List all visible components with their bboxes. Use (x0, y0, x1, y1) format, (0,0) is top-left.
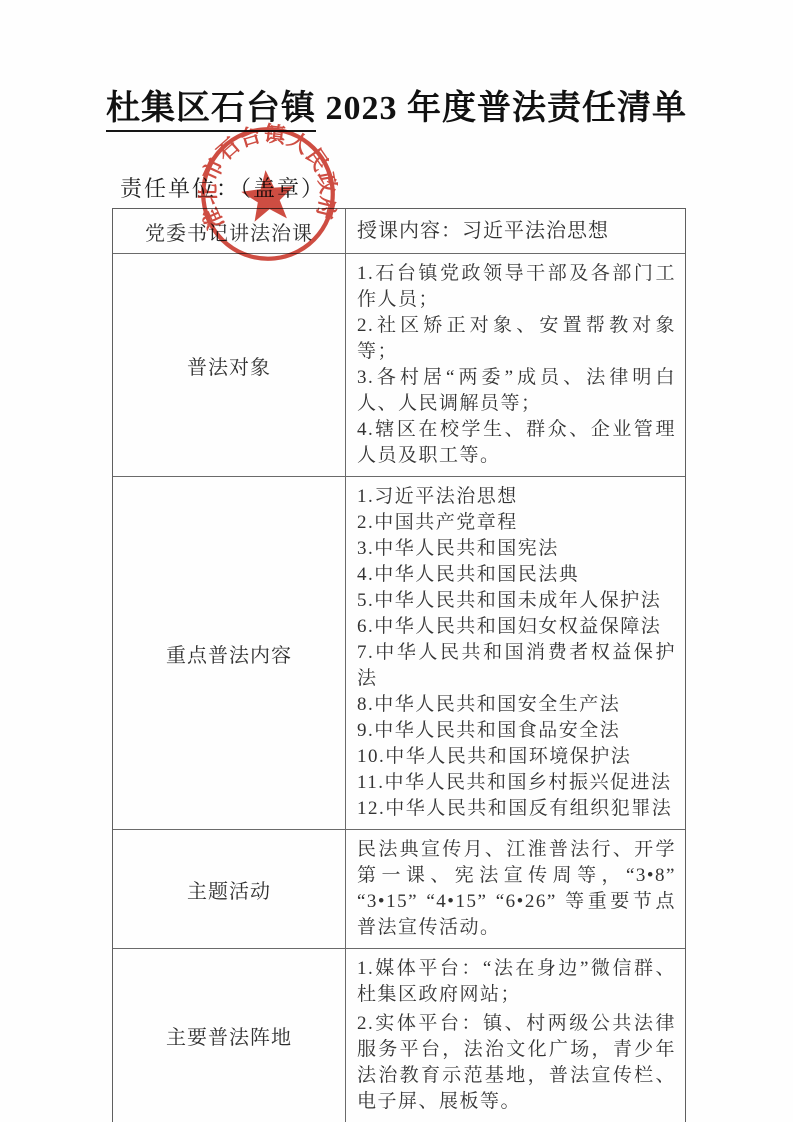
table-body: 党委书记讲法治课授课内容：习近平法治思想普法对象1.石台镇党政领导干部及各部门工… (113, 209, 685, 1122)
row-content: 民法典宣传月、江淮普法行、开学第一课、宪法宣传周等，“3•8” “3•15” “… (346, 830, 685, 948)
content-line: 8.中华人民共和国安全生产法 (357, 692, 676, 718)
table-row: 重点普法内容1.习近平法治思想2.中国共产党章程3.中华人民共和国宪法4.中华人… (113, 476, 685, 829)
content-line: 9.中华人民共和国食品安全法 (357, 718, 676, 744)
row-header: 主要普法阵地 (113, 949, 346, 1122)
content-line: 5.中华人民共和国未成年人保护法 (357, 588, 676, 614)
responsibility-table: 党委书记讲法治课授课内容：习近平法治思想普法对象1.石台镇党政领导干部及各部门工… (112, 208, 686, 1122)
row-header: 重点普法内容 (113, 477, 346, 829)
row-header: 普法对象 (113, 254, 346, 476)
row-content: 1.习近平法治思想2.中国共产党章程3.中华人民共和国宪法4.中华人民共和国民法… (346, 477, 685, 829)
content-line: 1.媒体平台：“法在身边”微信群、杜集区政府网站； (357, 956, 676, 1008)
table-row: 普法对象1.石台镇党政领导干部及各部门工作人员；2.社区矫正对象、安置帮教对象等… (113, 253, 685, 476)
row-content: 授课内容：习近平法治思想 (346, 209, 685, 253)
row-header: 党委书记讲法治课 (113, 209, 346, 253)
table-row: 主要普法阵地1.媒体平台：“法在身边”微信群、杜集区政府网站；2.实体平台：镇、… (113, 948, 685, 1122)
title-underlined-part: 杜集区石台镇 (106, 90, 316, 132)
content-line: 3.中华人民共和国宪法 (357, 536, 676, 562)
content-line: 7.中华人民共和国消费者权益保护法 (357, 640, 676, 692)
table-row: 主题活动民法典宣传月、江淮普法行、开学第一课、宪法宣传周等，“3•8” “3•1… (113, 829, 685, 948)
row-content: 1.石台镇党政领导干部及各部门工作人员；2.社区矫正对象、安置帮教对象等；3.各… (346, 254, 685, 476)
content-line: 4.辖区在校学生、群众、企业管理人员及职工等。 (357, 417, 676, 469)
content-line: 2.社区矫正对象、安置帮教对象等； (357, 313, 676, 365)
row-header: 主题活动 (113, 830, 346, 948)
title-rest-part: 2023 年度普法责任清单 (316, 90, 687, 127)
page-title: 杜集区石台镇 2023 年度普法责任清单 (0, 80, 793, 129)
row-content: 1.媒体平台：“法在身边”微信群、杜集区政府网站；2.实体平台：镇、村两级公共法… (346, 949, 685, 1122)
content-line: 11.中华人民共和国乡村振兴促进法 (357, 770, 676, 796)
content-line: 2.实体平台：镇、村两级公共法律服务平台，法治文化广场，青少年法治教育示范基地，… (357, 1011, 676, 1115)
content-line: 授课内容：习近平法治思想 (357, 218, 676, 244)
content-line: 4.中华人民共和国民法典 (357, 562, 676, 588)
content-line: 2.中国共产党章程 (357, 510, 676, 536)
content-line: 12.中华人民共和国反有组织犯罪法 (357, 796, 676, 822)
content-line: 1.石台镇党政领导干部及各部门工作人员； (357, 261, 676, 313)
content-line: 6.中华人民共和国妇女权益保障法 (357, 614, 676, 640)
table-row: 党委书记讲法治课授课内容：习近平法治思想 (113, 209, 685, 253)
document-page: 杜集区石台镇 2023 年度普法责任清单 责任单位：（盖章） 淮北市石台镇人民政… (0, 0, 793, 1122)
content-line: 民法典宣传月、江淮普法行、开学第一课、宪法宣传周等，“3•8” “3•15” “… (357, 837, 676, 941)
content-line: 1.习近平法治思想 (357, 484, 676, 510)
content-line: 3.各村居“两委”成员、法律明白人、人民调解员等； (357, 365, 676, 417)
responsible-unit-label: 责任单位：（盖章） (120, 172, 325, 203)
content-line: 10.中华人民共和国环境保护法 (357, 744, 676, 770)
